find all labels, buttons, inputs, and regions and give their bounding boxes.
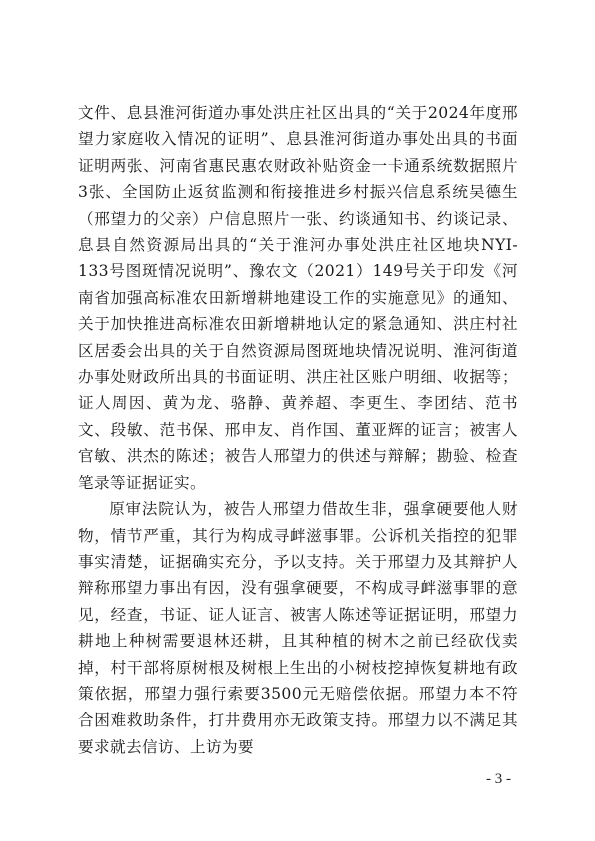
document-page: 文件、息县淮河街道办事处洪庄社区出具的“关于2024年度邢望力家庭收入情况的证明… bbox=[0, 0, 595, 841]
paragraph-evidence-list: 文件、息县淮河街道办事处洪庄社区出具的“关于2024年度邢望力家庭收入情况的证明… bbox=[78, 100, 518, 496]
paragraph-court-opinion: 原审法院认为，被告人邢望力借故生非，强拿硬要他人财物，情节严重，其行为构成寻衅滋… bbox=[78, 496, 518, 760]
body-text: 文件、息县淮河街道办事处洪庄社区出具的“关于2024年度邢望力家庭收入情况的证明… bbox=[78, 100, 518, 760]
page-number: - 3 - bbox=[486, 771, 511, 788]
